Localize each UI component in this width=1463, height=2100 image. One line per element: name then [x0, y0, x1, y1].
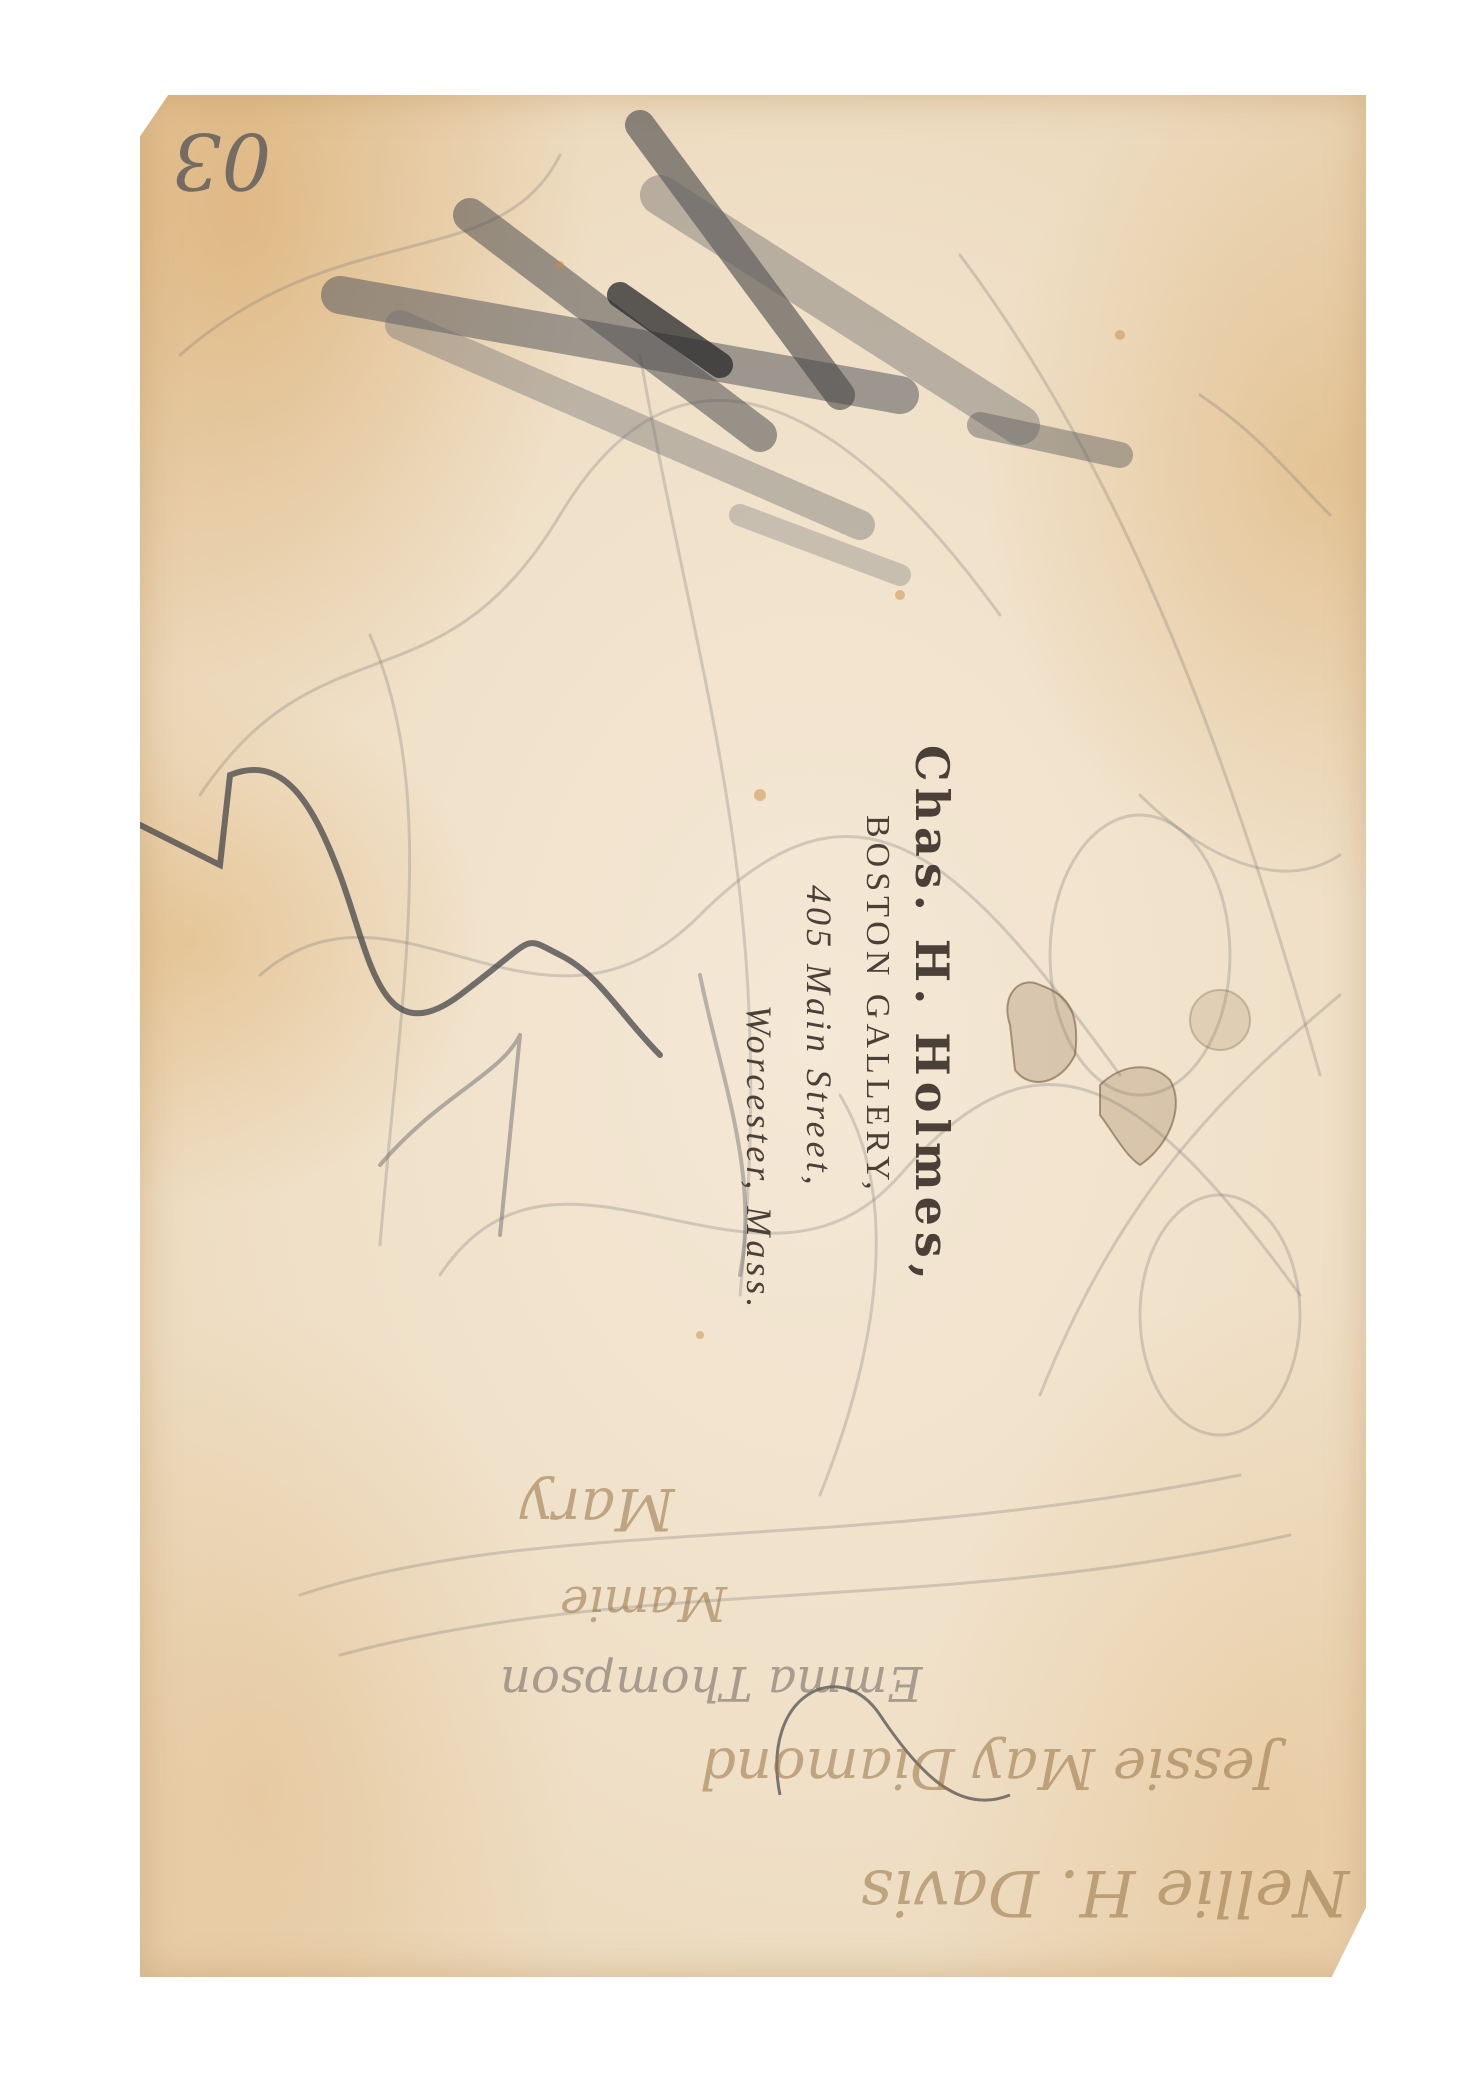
cabinet-card-back: 03 Nellie H. Davis Jessie May Diamond Em…	[140, 95, 1366, 1977]
city-state: Worcester, Mass.	[730, 1005, 788, 1465]
street-address: 405 Main Street,	[788, 885, 850, 1465]
gallery-name: BOSTON GALLERY,	[850, 815, 904, 1465]
photographer-name: Chas. H. Holmes,	[904, 745, 960, 1465]
photographer-imprint: Chas. H. Holmes, BOSTON GALLERY, 405 Mai…	[140, 95, 1366, 1977]
